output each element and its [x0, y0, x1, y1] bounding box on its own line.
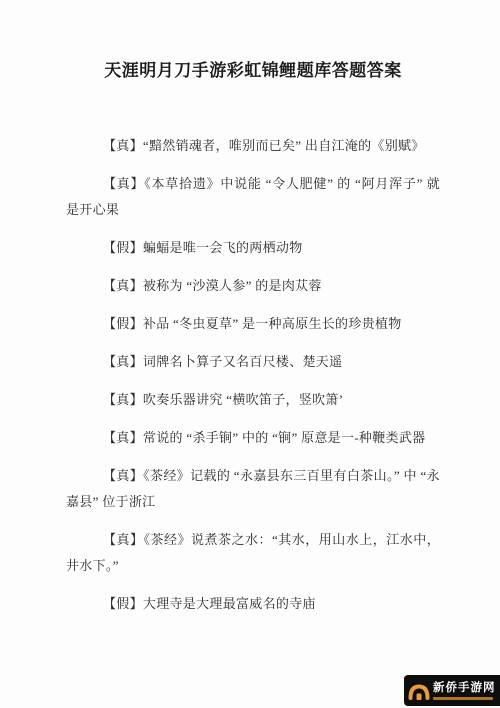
qa-item: 【真】常说的 “杀手锏” 中的 “锏” 原意是一-种鞭类武器: [66, 425, 440, 451]
qa-item: 【真】《茶经》说煮茶之水：“其水，用山水上，江水中，井水下。”: [66, 527, 440, 579]
verdict-badge: 【真】: [103, 468, 143, 483]
qa-text: “黯然销魂者，唯别而已矣” 出自江淹的《别赋》: [143, 138, 425, 153]
qa-item: 【假】蝙蝠是唯一会飞的两栖动物: [66, 235, 440, 261]
qa-text: 补品 “冬虫夏草” 是一种高原生长的珍贵植物: [143, 316, 402, 331]
verdict-badge: 【真】: [103, 532, 144, 547]
document-page: 天涯明月刀手游彩虹锦鲤题库答题答案 【真】“黯然销魂者，唯别而已矣” 出自江淹的…: [0, 0, 500, 617]
logo-tagline-bar: [433, 697, 493, 700]
site-name: 新侨手游网: [433, 682, 496, 695]
verdict-badge: 【真】: [103, 392, 143, 407]
qa-item: 【假】大理寺是大理最富威名的寺庙: [66, 591, 440, 617]
qa-item: 【真】《茶经》记载的 “永嘉县东三百里有白茶山。” 中 “永嘉县” 位于浙江: [66, 463, 440, 515]
qa-item: 【假】补品 “冬虫夏草” 是一种高原生长的珍贵植物: [66, 311, 440, 337]
verdict-badge: 【真】: [103, 430, 143, 445]
verdict-badge: 【假】: [103, 596, 143, 611]
qa-item: 【真】被称为 “沙漠人参” 的是肉苁蓉: [66, 273, 440, 299]
qa-item: 【真】“黯然销魂者，唯别而已矣” 出自江淹的《别赋》: [66, 133, 440, 159]
qa-text: 吹奏乐器讲究 “横吹笛子，竖吹箫’: [143, 392, 343, 407]
qa-text: 蝙蝠是唯一会飞的两栖动物: [143, 240, 303, 255]
qa-item: 【真】词牌名卜算子又名百尺楼、楚天遥: [66, 349, 440, 375]
qa-item: 【真】吹奏乐器讲究 “横吹笛子，竖吹箫’: [66, 387, 440, 413]
logo-text-block: 新侨手游网: [433, 682, 496, 700]
verdict-badge: 【真】: [103, 354, 143, 369]
verdict-badge: 【假】: [103, 240, 143, 255]
qa-text: 被称为 “沙漠人参” 的是肉苁蓉: [143, 278, 322, 293]
qa-text: 常说的 “杀手锏” 中的 “锏” 原意是一-种鞭类武器: [143, 430, 426, 445]
verdict-badge: 【真】: [103, 278, 143, 293]
qa-text: 大理寺是大理最富威名的寺庙: [143, 596, 316, 611]
qa-text: 词牌名卜算子又名百尺楼、楚天遥: [143, 354, 343, 369]
verdict-badge: 【真】: [103, 138, 143, 153]
qa-item: 【真】《本草拾遗》中说能 “令人肥健” 的 “阿月浑子” 就是开心果: [66, 171, 440, 223]
page-title: 天涯明月刀手游彩虹锦鲤题库答题答案: [66, 56, 440, 81]
verdict-badge: 【真】: [103, 176, 144, 191]
house-icon: [408, 681, 430, 701]
site-logo-watermark: 新侨手游网: [404, 675, 500, 706]
verdict-badge: 【假】: [103, 316, 143, 331]
